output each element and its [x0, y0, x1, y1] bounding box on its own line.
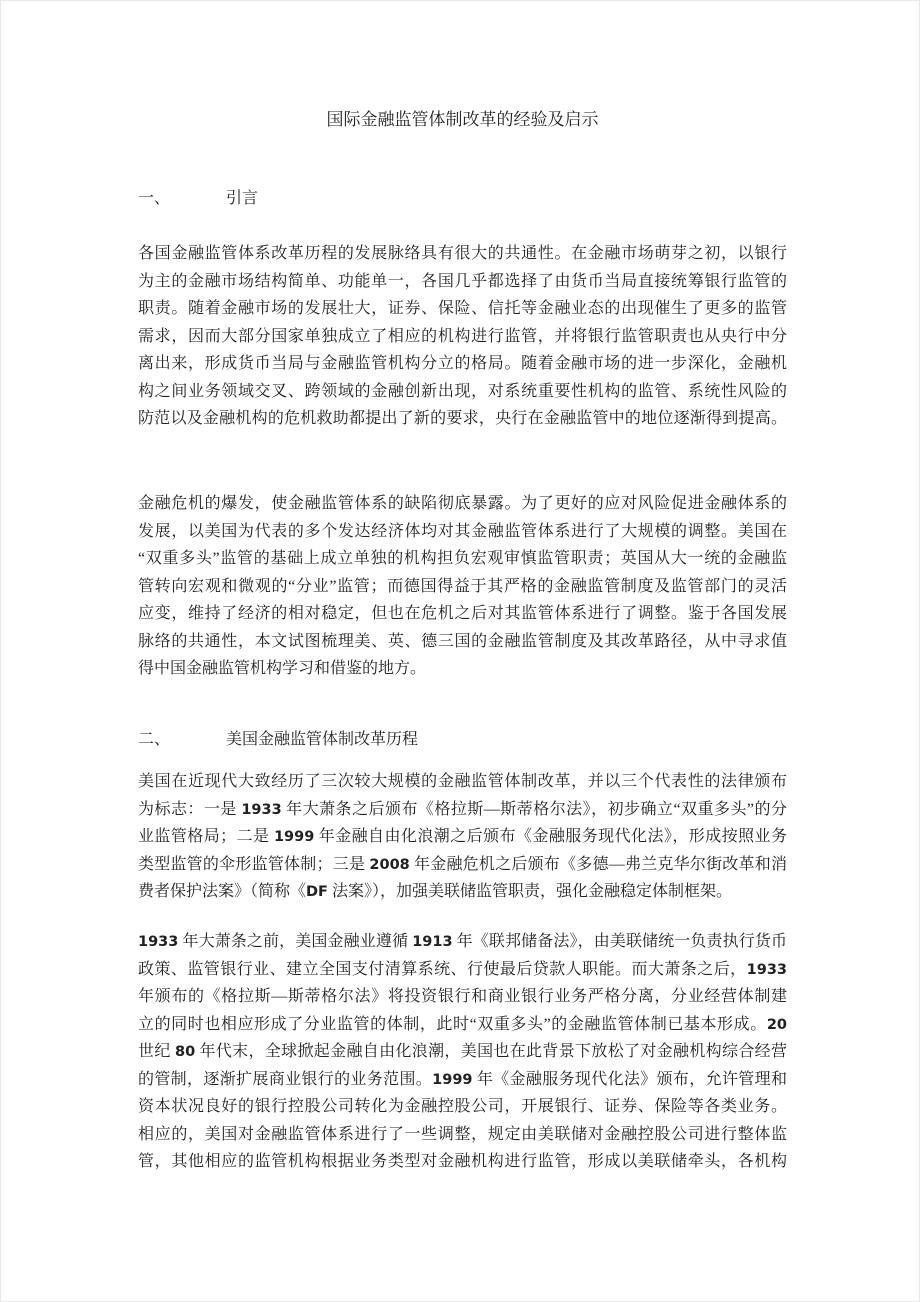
- text-line: 得中国金融监管机构学习和借鉴的地方。: [138, 655, 787, 683]
- text-line: 费者保护法案》（简称《DF 法案》），加强美联储监管职责，强化金融稳定体制框架。: [138, 878, 787, 906]
- text-line: 为标志：一是 1933 年大萧条之后颁布《格拉斯—斯蒂格尔法》，初步确立“双重多…: [138, 796, 787, 824]
- section-heading-2: 二、美国金融监管体制改革历程: [138, 728, 787, 752]
- text-line: 资本状况良好的银行控股公司转化为金融控股公司，开展银行、证券、保险等各类业务。: [138, 1093, 787, 1121]
- text-line: 的管制，逐渐扩展商业银行的业务范围。1999 年《金融服务现代化法》颁布，允许管…: [138, 1066, 787, 1094]
- paragraph-crisis-reforms: 金融危机的爆发，使金融监管体系的缺陷彻底暴露。为了更好的应对风险促进金融体系的发…: [138, 490, 787, 683]
- document-page: 国际金融监管体制改革的经验及启示 一、引言 各国金融监管体系改革历程的发展脉络具…: [0, 0, 920, 1302]
- text-line: 构之间业务领域交叉、跨领域的金融创新出现，对系统重要性机构的监管、系统性风险的: [138, 378, 787, 406]
- text-line: 应变，维持了经济的相对稳定，但也在危机之后对其监管体系进行了调整。鉴于各国发展: [138, 600, 787, 628]
- section-heading-1: 一、引言: [138, 187, 787, 211]
- text-line: 金融危机的爆发，使金融监管体系的缺陷彻底暴露。为了更好的应对风险促进金融体系的: [138, 490, 787, 518]
- text-line: 相应的，美国对金融监管体系进行了一些调整，规定由美联储对金融控股公司进行整体监: [138, 1121, 787, 1149]
- text-line: 需求，因而大部分国家单独成立了相应的机构进行监管，并将银行监管职责也从央行中分: [138, 323, 787, 351]
- text-line: “双重多头”监管的基础上成立单独的机构担负宏观审慎监管职责；英国从大一统的金融监: [138, 545, 787, 573]
- section-heading-2-number: 二、: [138, 731, 170, 748]
- text-line: 立的同时也相应形成了分业监管的体制，此时“双重多头”的金融监管体制已基本形成。2…: [138, 1011, 787, 1039]
- text-line: 世纪 80 年代末，全球掀起金融自由化浪潮，美国也在此背景下放松了对金融机构综合…: [138, 1038, 787, 1066]
- section-heading-2-text: 美国金融监管体制改革历程: [226, 731, 418, 748]
- text-line: 各国金融监管体系改革历程的发展脉络具有很大的共通性。在金融市场萌芽之初，以银行: [138, 240, 787, 268]
- section-heading-1-number: 一、: [138, 190, 170, 207]
- paragraph-us-three-reforms: 美国在近现代大致经历了三次较大规模的金融监管体制改革，并以三个代表性的法律颁布为…: [138, 768, 787, 906]
- text-line: 职责。随着金融市场的发展壮大，证券、保险、信托等金融业态的出现催生了更多的监管: [138, 295, 787, 323]
- text-line: 业监管格局；二是 1999 年金融自由化浪潮之后颁布《金融服务现代化法》，形成按…: [138, 823, 787, 851]
- text-line: 管转向宏观和微观的“分业”监管；而德国得益于其严格的金融监管制度及监管部门的灵活: [138, 573, 787, 601]
- text-line: 美国在近现代大致经历了三次较大规模的金融监管体制改革，并以三个代表性的法律颁布: [138, 768, 787, 796]
- section-heading-1-text: 引言: [226, 190, 258, 207]
- text-line: 离出来，形成货币当局与金融监管机构分立的格局。随着金融市场的进一步深化，金融机: [138, 350, 787, 378]
- paragraph-us-reform-history: 1933 年大萧条之前，美国金融业遵循 1913 年《联邦储备法》，由美联储统一…: [138, 928, 787, 1176]
- text-line: 为主的金融市场结构简单、功能单一，各国几乎都选择了由货币当局直接统筹银行监管的: [138, 268, 787, 296]
- text-line: 发展，以美国为代表的多个发达经济体均对其金融监管体系进行了大规模的调整。美国在: [138, 518, 787, 546]
- text-line: 类型监管的伞形监管体制；三是 2008 年金融危机之后颁布《多德—弗兰克华尔街改…: [138, 851, 787, 879]
- text-line: 防范以及金融机构的危机救助都提出了新的要求，央行在金融监管中的地位逐渐得到提高。: [138, 405, 787, 433]
- text-line: 年颁布的《格拉斯—斯蒂格尔法》将投资银行和商业银行业务严格分离，分业经营体制建: [138, 983, 787, 1011]
- document-title: 国际金融监管体制改革的经验及启示: [138, 109, 787, 131]
- paragraph-intro-commonality: 各国金融监管体系改革历程的发展脉络具有很大的共通性。在金融市场萌芽之初，以银行为…: [138, 240, 787, 433]
- text-line: 政策、监管银行业、建立全国支付清算系统、行使最后贷款人职能。而大萧条之后，193…: [138, 956, 787, 984]
- text-line: 脉络的共通性，本文试图梳理美、英、德三国的金融监管制度及其改革路径，从中寻求值: [138, 628, 787, 656]
- text-line: 管，其他相应的监管机构根据业务类型对金融机构进行监管，形成以美联储牵头，各机构: [138, 1148, 787, 1176]
- text-line: 1933 年大萧条之前，美国金融业遵循 1913 年《联邦储备法》，由美联储统一…: [138, 928, 787, 956]
